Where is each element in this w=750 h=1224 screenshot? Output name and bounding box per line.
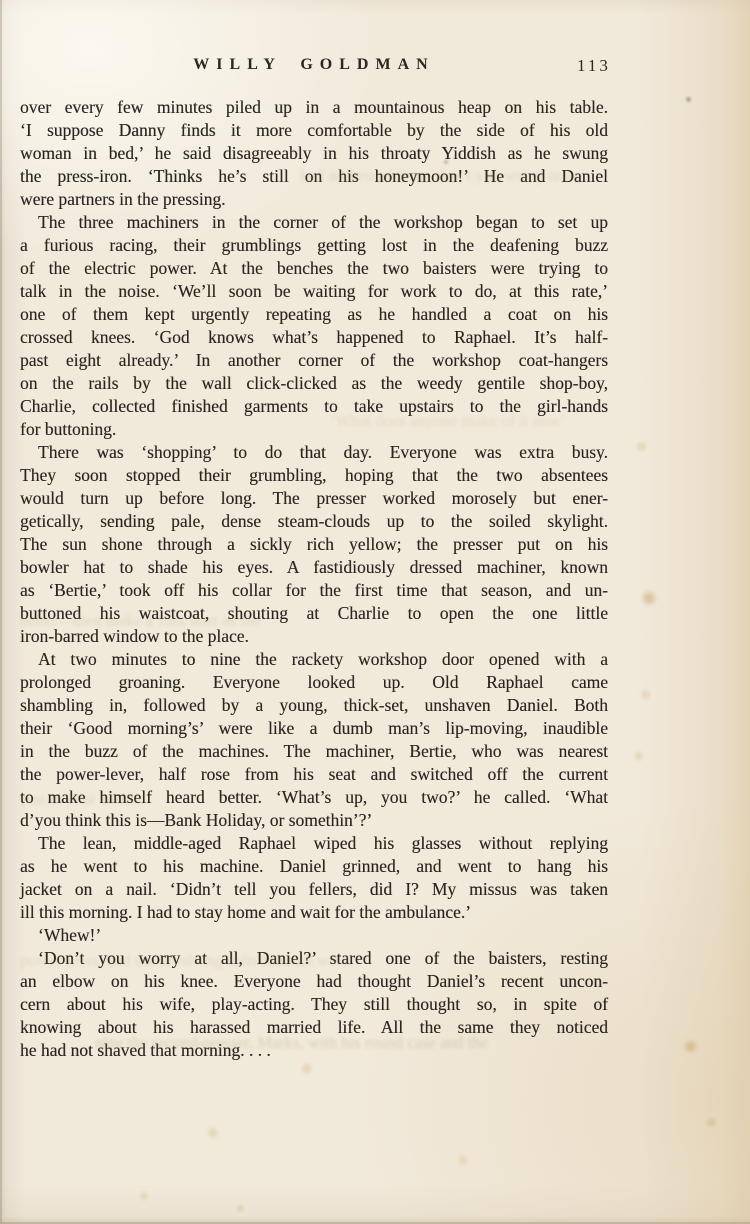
paragraph: ‘Whew!’ [20, 924, 608, 947]
text-line: The sun shone through a sickly rich yell… [20, 533, 608, 556]
text-line: over every few minutes piled up in a mou… [20, 96, 608, 119]
text-line: ‘Don’t you worry at all, Daniel?’ stared… [20, 947, 608, 970]
text-line: a furious racing, their grumblings getti… [20, 234, 608, 257]
foxing-spot [643, 592, 655, 604]
text-line: ill this morning. I had to stay home and… [20, 901, 608, 924]
text-line: ‘I suppose Danny finds it more comfortab… [20, 119, 608, 142]
text-line: prolonged groaning. Everyone looked up. … [20, 671, 608, 694]
paragraph: The lean, middle-aged Raphael wiped his … [20, 832, 608, 924]
text-line: as ‘Bertie,’ took off his collar for the… [20, 579, 608, 602]
text-line: in the buzz of the machines. The machine… [20, 740, 608, 763]
text-line: ‘Whew!’ [20, 924, 608, 947]
body-text-block: over every few minutes piled up in a mou… [20, 96, 608, 1062]
text-line: cern about his wife, play-acting. They s… [20, 993, 608, 1016]
text-line: d’you think this is—Bank Holiday, or som… [20, 809, 608, 832]
text-line: shambling in, followed by a young, thick… [20, 694, 608, 717]
text-line: their ‘Good morning’s’ were like a dumb … [20, 717, 608, 740]
text-line: getically, sending pale, dense steam-clo… [20, 510, 608, 533]
text-line: Charlie, collected finished garments to … [20, 395, 608, 418]
text-line: buttoned his waistcoat, shouting at Char… [20, 602, 608, 625]
text-line: iron-barred window to the place. [20, 625, 608, 648]
foxing-spot [458, 1156, 467, 1165]
paragraph: over every few minutes piled up in a mou… [20, 96, 608, 211]
foxing-spot [637, 442, 646, 451]
running-head-title: WILLY GOLDMAN [20, 56, 608, 74]
foxing-spot [208, 1128, 218, 1138]
text-line: were partners in the pressing. [20, 188, 608, 211]
text-line: as he went to his machine. Daniel grinne… [20, 855, 608, 878]
text-line: There was ‘shopping’ to do that day. Eve… [20, 441, 608, 464]
text-line: knowing about his harassed married life.… [20, 1016, 608, 1039]
text-line: woman in bed,’ he said disagreeably in h… [20, 142, 608, 165]
text-line: of the electric power. At the benches th… [20, 257, 608, 280]
text-line: an elbow on his knee. Everyone had thoug… [20, 970, 608, 993]
text-line: the press-iron. ‘Thinks he’s still on hi… [20, 165, 608, 188]
paragraph: ‘Don’t you worry at all, Daniel?’ stared… [20, 947, 608, 1062]
foxing-spot [685, 1041, 696, 1052]
foxing-spot [707, 1118, 716, 1127]
text-line: for buttoning. [20, 418, 608, 441]
text-line: he had not shaved that morning. . . . [20, 1039, 608, 1062]
foxing-spot [237, 1205, 244, 1212]
text-line: jacket on a nail. ‘Didn’t tell you felle… [20, 878, 608, 901]
page-number: 113 [577, 56, 611, 76]
foxing-spot [641, 690, 650, 699]
text-line: past eight already.’ In another corner o… [20, 349, 608, 372]
text-line: on the rails by the wall click-clicked a… [20, 372, 608, 395]
foxing-spot [302, 1064, 311, 1073]
text-line: talk in the noise. ‘We’ll soon be waitin… [20, 280, 608, 303]
book-page-scan: WILLY GOLDMAN 113 over every few minutes… [0, 0, 750, 1224]
text-line: would turn up before long. The presser w… [20, 487, 608, 510]
text-line: bowler hat to shade his eyes. A fastidio… [20, 556, 608, 579]
text-line: The three machiners in the corner of the… [20, 211, 608, 234]
foxing-spot [686, 97, 691, 102]
text-line: to make himself heard better. ‘What’s up… [20, 786, 608, 809]
foxing-spot [635, 752, 643, 760]
text-line: crossed knees. ‘God knows what’s happene… [20, 326, 608, 349]
text-line: At two minutes to nine the rackety works… [20, 648, 608, 671]
paragraph: There was ‘shopping’ to do that day. Eve… [20, 441, 608, 648]
paragraph: At two minutes to nine the rackety works… [20, 648, 608, 832]
foxing-spot [140, 1192, 148, 1200]
text-line: They soon stopped their grumbling, hopin… [20, 464, 608, 487]
text-line: one of them kept urgently repeating as h… [20, 303, 608, 326]
paragraph: The three machiners in the corner of the… [20, 211, 608, 441]
text-line: The lean, middle-aged Raphael wiped his … [20, 832, 608, 855]
text-line: the power-lever, half rose from his seat… [20, 763, 608, 786]
